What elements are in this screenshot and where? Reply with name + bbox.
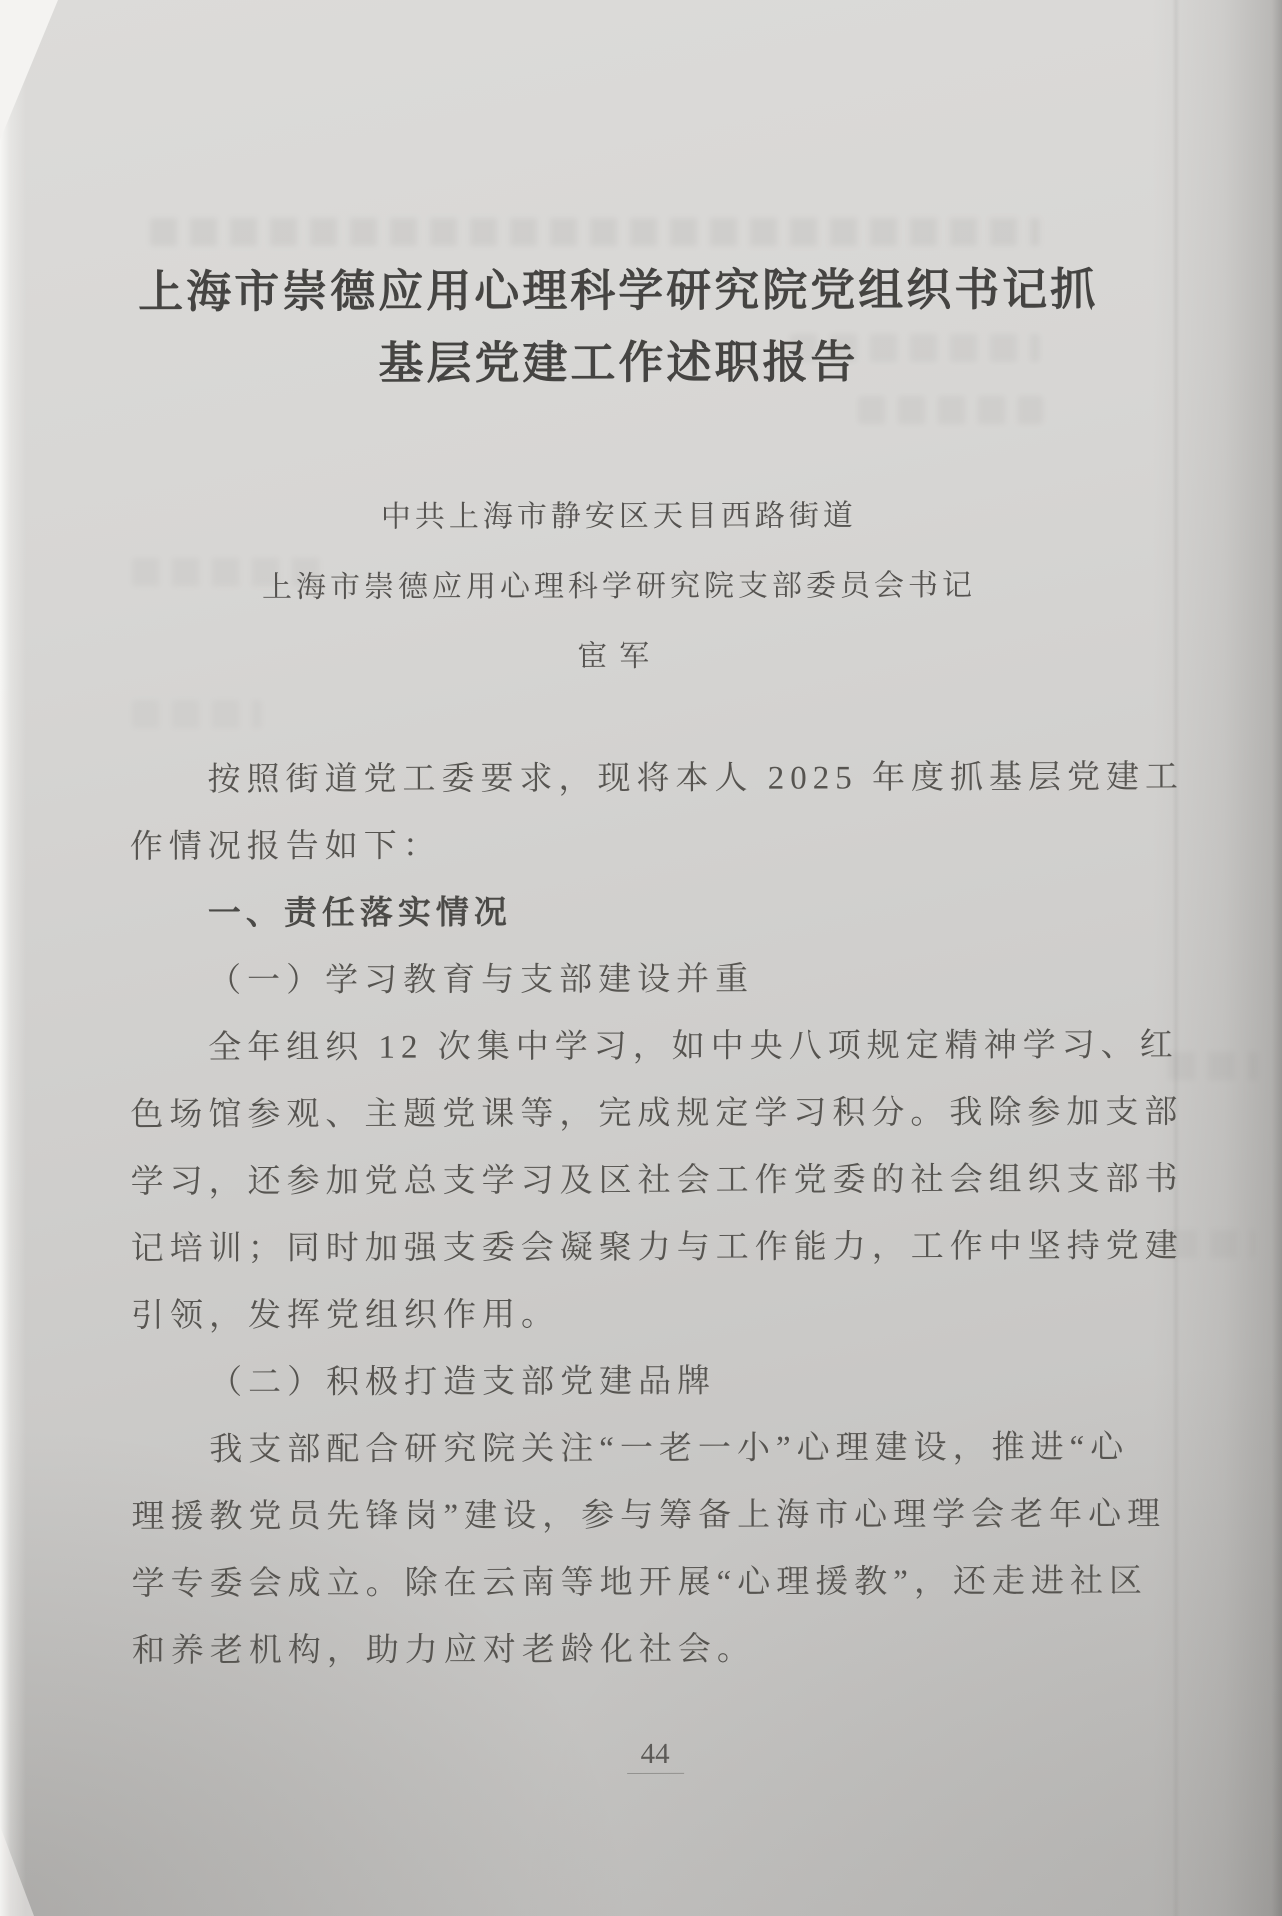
report-body: 按照街道党工委要求，现将本人 2025 年度抓基层党建工 作情况报告如下： 一、… <box>129 741 1171 1682</box>
body-line: 全年组织 12 次集中学习，如中央八项规定精神学习、红 <box>130 1009 1170 1079</box>
body-line: 和养老机构，助力应对老龄化社会。 <box>132 1612 1172 1682</box>
subsection-heading-2: （二）积极打造支部党建品牌 <box>131 1344 1171 1414</box>
report-title: 上海市崇德应用心理科学研究院党组织书记抓 基层党建工作述职报告 <box>0 253 1239 400</box>
byline-author-name: 宦军 <box>0 620 1239 693</box>
scanned-report-page: 上海市崇德应用心理科学研究院党组织书记抓 基层党建工作述职报告 中共上海市静安区… <box>0 0 1282 1916</box>
byline-organization-line-2: 上海市崇德应用心理科学研究院支部委员会书记 <box>0 550 1239 623</box>
body-line: 色场馆参观、主题党课等，完成规定学习积分。我除参加支部 <box>130 1076 1170 1146</box>
section-heading-1: 一、责任落实情况 <box>130 875 1170 945</box>
document-content: 上海市崇德应用心理科学研究院党组织书记抓 基层党建工作述职报告 中共上海市静安区… <box>0 0 1282 1916</box>
page-number: 44 <box>2 1736 1282 1775</box>
body-line: 引领，发挥党组织作用。 <box>131 1277 1171 1347</box>
body-line: 学专委会成立。除在云南等地开展“心理援教”，还走进社区 <box>132 1545 1172 1615</box>
subsection-heading-1: （一）学习教育与支部建设并重 <box>130 942 1170 1012</box>
body-line: 学习，还参加党总支学习及区社会工作党委的社会组织支部书 <box>130 1143 1170 1213</box>
byline-organization-line-1: 中共上海市静安区天目西路街道 <box>0 480 1239 553</box>
body-line: 按照街道党工委要求，现将本人 2025 年度抓基层党建工 <box>129 741 1169 811</box>
body-line: 理援教党员先锋岗”建设，参与筹备上海市心理学会老年心理 <box>131 1478 1171 1548</box>
body-line: 作情况报告如下： <box>130 808 1170 878</box>
report-byline: 中共上海市静安区天目西路街道 上海市崇德应用心理科学研究院支部委员会书记 宦军 <box>0 480 1239 693</box>
report-title-line-2: 基层党建工作述职报告 <box>0 325 1239 400</box>
report-title-line-1: 上海市崇德应用心理科学研究院党组织书记抓 <box>0 253 1238 328</box>
body-line: 我支部配合研究院关注“一老一小”心理建设，推进“心 <box>131 1411 1171 1481</box>
page-number-value: 44 <box>627 1738 684 1774</box>
body-line: 记培训；同时加强支委会凝聚力与工作能力，工作中坚持党建 <box>131 1210 1171 1280</box>
